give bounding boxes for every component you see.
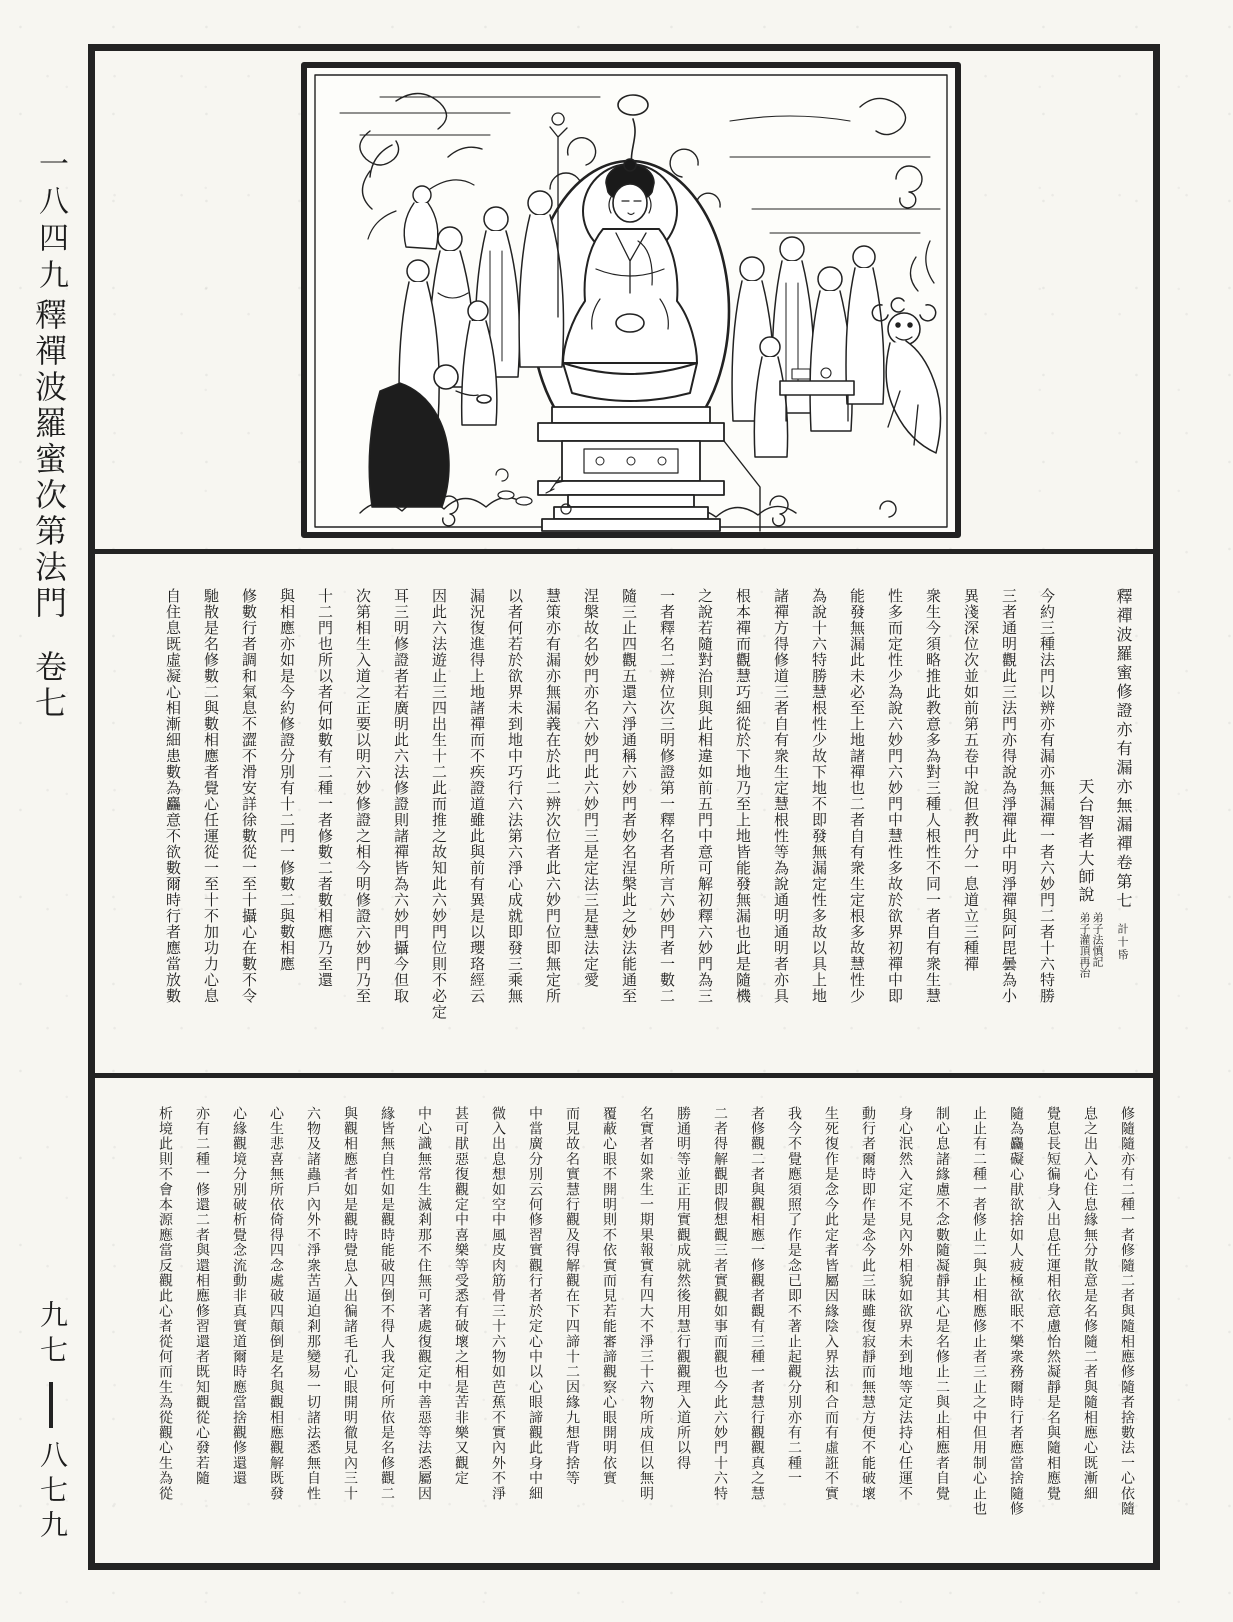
text-column: 隨三止四觀五還六淨通稱六妙門者妙名涅槃此之妙法能通至 <box>609 588 647 1040</box>
text-column: 一者釋名二辨位次三明修證第一釋名者所言六妙門者一數二 <box>647 588 685 1040</box>
text-column: 異淺深位次並如前第五卷中說但教門分一息道立三種禪 <box>951 588 989 1040</box>
text-column: 十二門也所以者何如數有二種一者修數二者數相應乃至還 <box>305 588 343 1040</box>
text-column: 之說若隨對治則與此相違如前五門中意可解初釋六妙門為三 <box>685 588 723 1040</box>
page-number: 九七八七九 <box>30 1300 72 1545</box>
text-column: 二者得解觀即假想觀三者實觀如事而觀也今此六妙門十六特 <box>701 1106 738 1542</box>
text-column: 止止有二種一者修止二與止相應修止者三止之中但用制心止也 <box>960 1106 997 1542</box>
illustration-section <box>95 51 1153 549</box>
text-column: 能發無漏此未必至上地諸禪也二者自有衆生定根多故慧性少 <box>837 588 875 1040</box>
scripture-continuation-section: 修隨隨亦有二種一者修隨二者與隨相應修隨者捨數法一心依隨息之出入心住息緣無分散意是… <box>95 1078 1153 1549</box>
text-column: 隨為麤礙心猒欲捨如人疲極欲眠不樂衆務爾時行者應當捨隨修 <box>997 1106 1034 1542</box>
text-column: 制心息諸緣慮不念數隨凝靜其心是名修止二與止相應者自覺 <box>923 1106 960 1542</box>
text-column: 根本禪而觀慧巧細從於下地乃至上地皆能發無漏也此是隨機 <box>723 588 761 1040</box>
text-column: 心生悲喜無所依倚得四念處破四顛倒是名與觀相應觀解既發 <box>257 1106 294 1542</box>
text-column: 次第相生入道之正要以明六妙修證之相今明修證六妙門乃至 <box>343 588 381 1040</box>
annotation-left: 弟子灌頂再治 <box>1078 912 1090 978</box>
author-column: 天台智者大師說弟子法慎記弟子灌頂再治 <box>1065 588 1103 1040</box>
text-column: 修數行者調和氣息不澀不滑安詳徐數從一至十攝心在數不令 <box>229 588 267 1040</box>
text-column: 慧策亦有漏亦無漏義在於此二辨次位者此六妙門位即無定所 <box>533 588 571 1040</box>
scanned-sutra-page: 一八四九 釋禪波羅蜜次第法門卷七 九七八七九 <box>0 0 1233 1622</box>
text-column: 今約三種法門以辨亦有漏亦無漏禪一者六妙門二者十六特勝 <box>1027 588 1065 1040</box>
text-column: 衆生今須略推此教意多為對三種人根性不同一者自有衆生慧 <box>913 588 951 1040</box>
text-column: 與相應亦如是今約修證分別有十二門一修數二與數相應 <box>267 588 305 1040</box>
text-column: 修隨隨亦有二種一者修隨二者與隨相應修隨者捨數法一心依隨 <box>1108 1106 1145 1542</box>
text-column: 馳散是名修數二與數相應者覺心任運從一至十不加功力心息 <box>191 588 229 1040</box>
text-column: 為說十六特勝慧根性少故下地不即發無漏定性多故以具上地 <box>799 588 837 1040</box>
text-column: 覺息長短徧身入出息任運相依意慮怡然凝靜是名與隨相應覺 <box>1034 1106 1071 1542</box>
buddha-assembly-illustration <box>300 61 962 539</box>
bottom-text-columns: 修隨隨亦有二種一者修隨二者與隨相應修隨者捨數法一心依隨息之出入心住息緣無分散意是… <box>95 1078 1153 1549</box>
text-column: 動行者爾時即作是念今此三昧雖復寂靜而無慧方便不能破壞 <box>849 1106 886 1542</box>
altar-table <box>780 381 854 395</box>
volume-label: 卷七 <box>26 650 72 722</box>
dash-separator <box>49 1382 53 1428</box>
text-column: 甚可猒惡復觀定中喜樂等受悉有破壞之相是苦非樂又觀定 <box>442 1106 479 1542</box>
text-column: 者修觀二者與觀相應一修觀者觀有三種一者慧行觀觀真之慧 <box>738 1106 775 1542</box>
canon-serial-number: 一八四九 <box>28 148 72 296</box>
text-column: 身心泯然入定不見內外相貌如欲界未到地等定法持心任運不 <box>886 1106 923 1542</box>
text-column: 性多而定性少為說六妙門六妙門中慧性多故於欲界初禪中即 <box>875 588 913 1040</box>
text-column: 我今不覺應須照了作是念已即不著止起觀分別亦有二種一 <box>775 1106 812 1542</box>
annotation-right: 弟子法慎記 <box>1091 912 1103 967</box>
sutra-title-column: 釋禪波羅蜜修證亦有漏亦無漏禪卷第七計十帋 <box>1103 588 1141 1040</box>
text-column: 析境此則不會本源應當反觀此心者從何而生為從觀心生為從 <box>146 1106 183 1542</box>
text-column: 勝通明等並正用實觀成就然後用慧行觀觀理入道所以得 <box>664 1106 701 1542</box>
text-column: 漏況復進得上地諸禪而不疾證道雖此與前有異是以瓔珞經云 <box>457 588 495 1040</box>
text-column: 心緣觀境分別破析覺念流動非真實道爾時應當捨觀修還還 <box>220 1106 257 1542</box>
text-column: 耳三明修證者若廣明此六法修證則諸禪皆為六妙門攝今但取 <box>381 588 419 1040</box>
text-column: 亦有二種一修還二者與還相應修習還者既知觀從心發若隨 <box>183 1106 220 1542</box>
text-column: 微入出息想如空中風皮肉筋骨三十六物如芭蕉不實內外不淨 <box>479 1106 516 1542</box>
sheet-count-note: 計十帋 <box>1103 923 1141 962</box>
text-column: 三者通明觀此三法門亦得說為淨禪此中明淨禪與阿毘曇為小 <box>989 588 1027 1040</box>
page-number-lower: 八七九 <box>36 1440 67 1545</box>
disciple-annotation: 弟子法慎記弟子灌頂再治 <box>1077 912 1103 978</box>
text-column: 六物及諸蟲戶內外不淨衆苦逼迫剎那變易一切諸法悉無自性 <box>294 1106 331 1542</box>
text-column: 息之出入心住息緣無分散意是名修隨二者與隨相應心既漸細 <box>1071 1106 1108 1542</box>
text-column: 涅槃故名妙門亦名六妙門此六妙門三是定法三是慧法定愛 <box>571 588 609 1040</box>
scripture-opening-section: 釋禪波羅蜜修證亦有漏亦無漏禪卷第七計十帋 天台智者大師說弟子法慎記弟子灌頂再治 … <box>95 554 1153 1073</box>
middle-text-columns: 釋禪波羅蜜修證亦有漏亦無漏禪卷第七計十帋 天台智者大師說弟子法慎記弟子灌頂再治 … <box>95 554 1153 1073</box>
text-column: 中心識無常生滅剎那不住無可著處復觀定中善惡等法悉屬因 <box>405 1106 442 1542</box>
sutra-title-text: 釋禪波羅蜜修證亦有漏亦無漏禪卷第七 <box>1114 588 1131 911</box>
text-column: 而見故名實慧行觀及得解觀在下四諦十二因緣九想背捨等 <box>553 1106 590 1542</box>
book-title-text: 釋禪波羅蜜次第法門 <box>31 298 67 622</box>
text-column: 覆蔽心眼不開明則不依實而見若能審諦觀察心眼開明依實 <box>590 1106 627 1542</box>
text-column: 生死復作是念今此定者皆屬因緣陰入界法和合而有虛誑不實 <box>812 1106 849 1542</box>
text-column: 名實者如衆生一期果報實有四大不淨三十六物所成但以無明 <box>627 1106 664 1542</box>
text-column: 因此六法遊止三四出生十二此而推之故知此六妙門位則不必定 <box>419 588 457 1040</box>
book-title-margin: 釋禪波羅蜜次第法門卷七 <box>26 298 72 722</box>
page-frame: 釋禪波羅蜜修證亦有漏亦無漏禪卷第七計十帋 天台智者大師說弟子法慎記弟子灌頂再治 … <box>88 44 1160 1570</box>
text-column: 諸禪方得修道三者自有衆生定慧根性等為說通明通明者亦具 <box>761 588 799 1040</box>
author-text: 天台智者大師說 <box>1076 778 1093 904</box>
text-column: 緣皆無自性如是觀時能破四倒不得人我定何所依是名修觀二 <box>368 1106 405 1542</box>
page-number-upper: 九七 <box>36 1300 67 1370</box>
text-column: 以者何若於欲界未到地中巧行六法第六淨心成就即發三乘無 <box>495 588 533 1040</box>
text-column: 自住息既虛凝心相漸細患數為麤意不欲數爾時行者應當放數 <box>153 588 191 1040</box>
text-column: 中當廣分別云何修習實觀行者於定心中以心眼諦觀此身中細 <box>516 1106 553 1542</box>
text-column: 與觀相應者如是觀時覺息入出徧諸毛孔心眼開明徹見內三十 <box>331 1106 368 1542</box>
